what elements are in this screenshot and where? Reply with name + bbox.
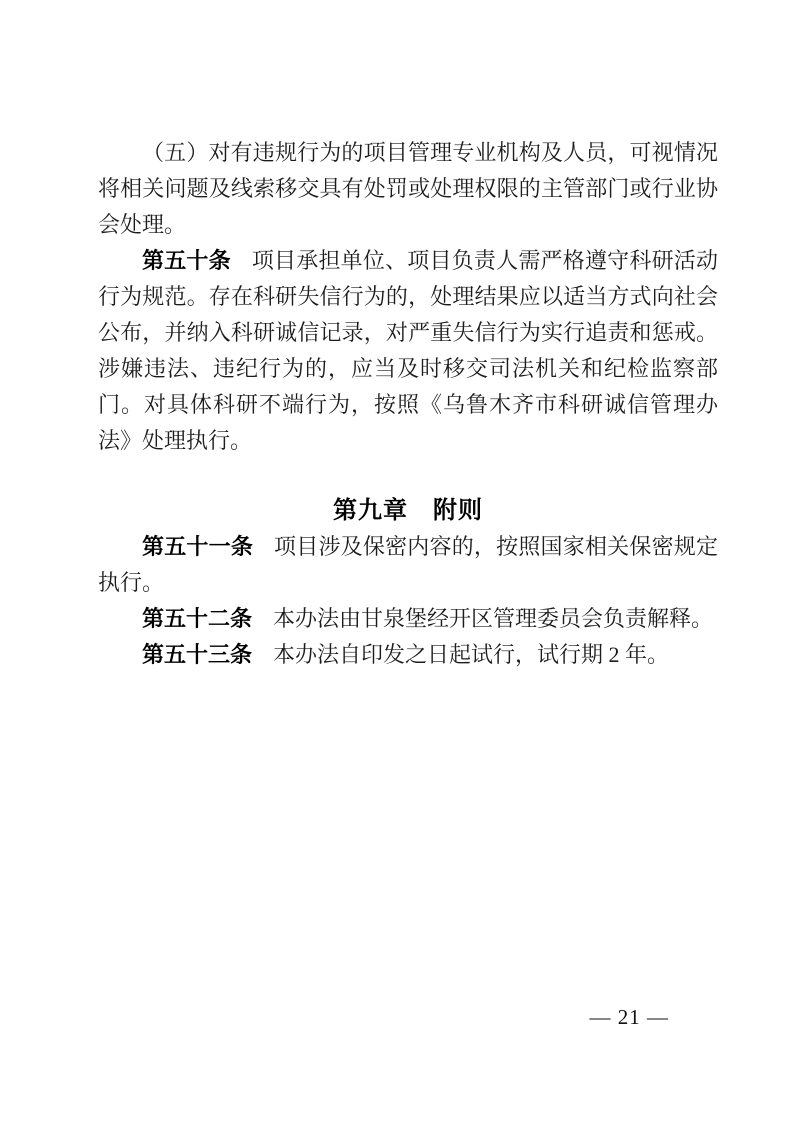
article-50-number: 第五十条 [142, 248, 231, 273]
article-50-text: 项目承担单位、项目负责人需严格遵守科研活动行为规范。存在科研失信行为的，处理结果… [98, 248, 718, 453]
chapter-9-heading: 第九章 附则 [98, 492, 718, 529]
article-51-number: 第五十一条 [142, 534, 253, 559]
clause-5-text: （五）对有违规行为的项目管理专业机构及人员，可视情况将相关问题及线索移交具有处罚… [98, 140, 718, 237]
article-53-text: 本办法自印发之日起试行，试行期 2 年。 [273, 642, 669, 667]
article-52: 第五十二条本办法由甘泉堡经开区管理委员会负责解释。 [98, 601, 718, 637]
article-53-number: 第五十三条 [142, 642, 252, 667]
document-page: （五）对有违规行为的项目管理专业机构及人员，可视情况将相关问题及线索移交具有处罚… [0, 0, 793, 1122]
article-51: 第五十一条项目涉及保密内容的，按照国家相关保密规定执行。 [98, 529, 718, 601]
document-body: （五）对有违规行为的项目管理专业机构及人员，可视情况将相关问题及线索移交具有处罚… [98, 135, 718, 673]
clause-item-5: （五）对有违规行为的项目管理专业机构及人员，可视情况将相关问题及线索移交具有处罚… [98, 135, 718, 243]
page-number: — 21 — [590, 1004, 670, 1030]
article-50: 第五十条项目承担单位、项目负责人需严格遵守科研活动行为规范。存在科研失信行为的，… [98, 243, 718, 459]
article-52-text: 本办法由甘泉堡经开区管理委员会负责解释。 [273, 606, 713, 631]
article-52-number: 第五十二条 [142, 606, 252, 631]
article-53: 第五十三条本办法自印发之日起试行，试行期 2 年。 [98, 637, 718, 673]
